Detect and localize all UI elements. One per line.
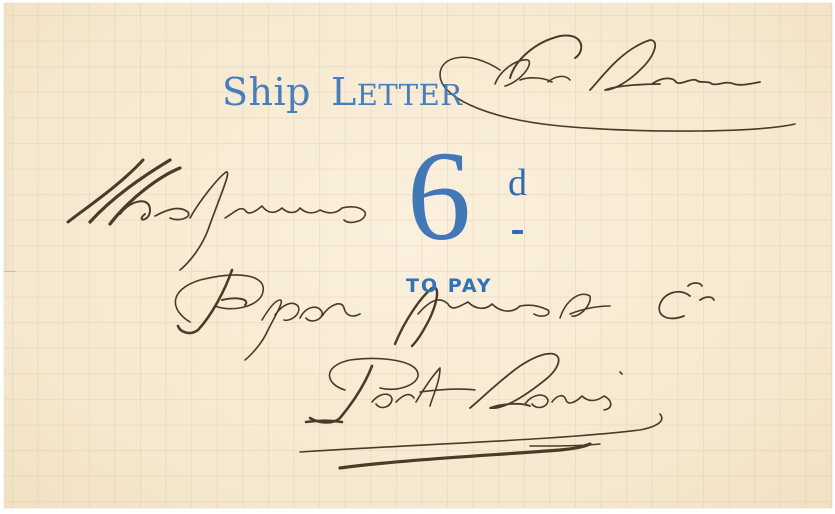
routing-text: Per Louisa bbox=[480, 50, 613, 84]
rate-underline bbox=[512, 230, 523, 234]
rate-numeral-handstamp: 6 bbox=[407, 132, 471, 260]
letter-word-rest: ETTER bbox=[357, 78, 463, 112]
to-pay-handstamp: TO PAY bbox=[406, 275, 493, 297]
destination-text: Port Louis bbox=[310, 360, 497, 411]
letter-word-initial: L bbox=[331, 70, 357, 114]
rate-unit-pence: d bbox=[508, 164, 527, 202]
ship-word: Ship bbox=[222, 70, 311, 114]
salutation-text: Messieurs bbox=[70, 175, 248, 226]
ship-letter-handstamp: ShipLETTER bbox=[222, 70, 463, 114]
